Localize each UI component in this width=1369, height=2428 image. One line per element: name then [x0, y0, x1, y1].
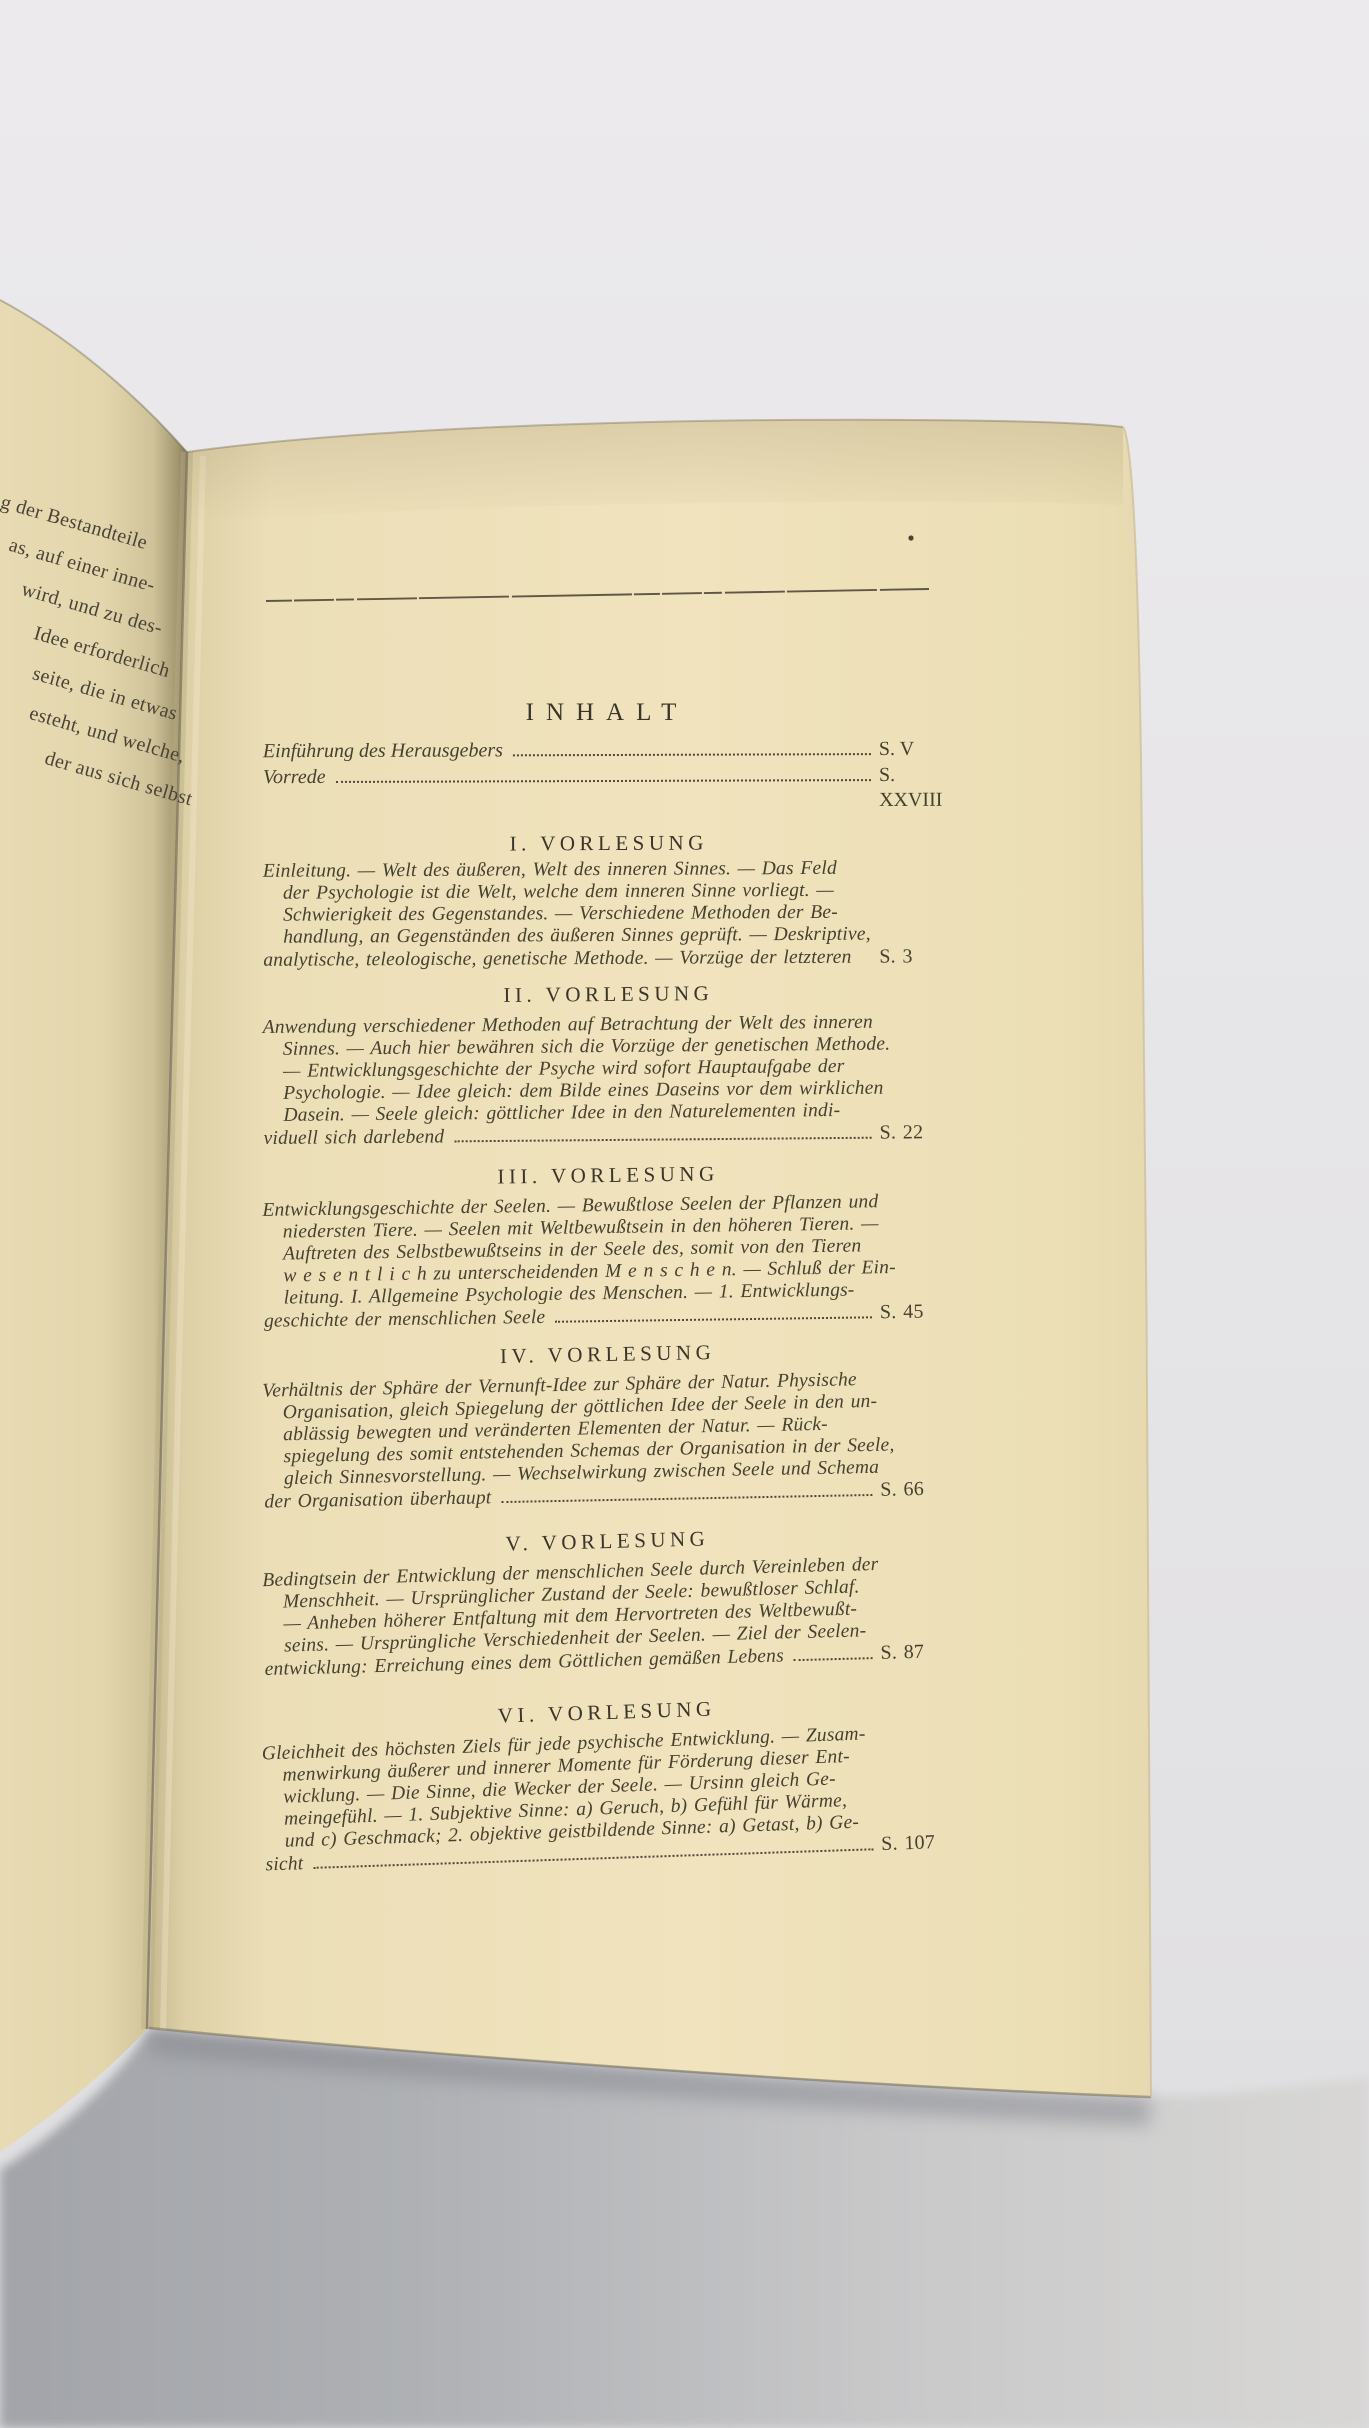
- toc-entry-page: S. V: [879, 737, 955, 763]
- dot-leader: [555, 1316, 872, 1322]
- section-vorlesung-4: IV. VORLESUNG Verhältnis der Sphäre der …: [261, 1335, 956, 1513]
- page-title: INHALT: [263, 698, 955, 728]
- section-heading: III. VORLESUNG: [262, 1158, 954, 1192]
- toc-line-with-page: analytische, teleologische, genetische M…: [263, 945, 955, 972]
- toc-entry-page: S. XXVIII: [879, 762, 955, 813]
- section-heading: IV. VORLESUNG: [261, 1335, 953, 1372]
- toc-entry-page: S. 22: [880, 1120, 956, 1143]
- toc-entry-page: S. 66: [880, 1477, 956, 1500]
- section-vorlesung-5: V. VORLESUNG Bedingtsein der Entwicklung…: [261, 1519, 957, 1680]
- section-heading: I. VORLESUNG: [263, 829, 955, 857]
- toc-line-text: geschichte der menschlichen Seele: [264, 1306, 546, 1332]
- toc-entry-page: S. 45: [880, 1300, 956, 1323]
- table-of-contents: INHALT Einführung des Herausgebers S. V …: [263, 698, 955, 1865]
- toc-entry-label: Vorrede: [263, 764, 326, 790]
- toc-entry-page: S. 107: [881, 1830, 958, 1855]
- dot-leader: [501, 1493, 872, 1502]
- toc-line-text: der Organisation überhaupt: [264, 1487, 491, 1513]
- toc-line: Einleitung. — Welt des äußeren, Welt des…: [263, 857, 955, 883]
- ink-speck: [908, 535, 913, 540]
- toc-entry: Einführung des Herausgebers S. V: [263, 737, 955, 765]
- section-vorlesung-6: VI. VORLESUNG Gleichheit des höchsten Zi…: [260, 1688, 957, 1876]
- toc-entry-label: Einführung des Herausgebers: [263, 738, 503, 764]
- toc-entry-page: S. 87: [880, 1639, 957, 1663]
- section-heading: II. VORLESUNG: [262, 978, 954, 1008]
- dot-leader: [513, 753, 871, 756]
- left-page-text-fragments: g der Bestandteile as, auf einer inne- w…: [0, 470, 152, 788]
- dot-leader: [336, 779, 871, 783]
- dot-leader: [794, 1657, 873, 1661]
- book-photo: g der Bestandteile as, auf einer inne- w…: [0, 0, 1369, 2428]
- toc-entry-page: S. 3: [879, 945, 955, 967]
- toc-line: der Psychologie ist die Welt, welche dem…: [263, 879, 955, 905]
- toc-line: handlung, an Gegenständen des äußeren Si…: [263, 923, 955, 949]
- section-vorlesung-2: II. VORLESUNG Anwendung verschiedener Me…: [262, 978, 955, 1149]
- toc-line-text: analytische, teleologische, genetische M…: [263, 946, 851, 971]
- frontmatter: Einführung des Herausgebers S. V Vorrede…: [263, 737, 955, 816]
- section-vorlesung-3: III. VORLESUNG Entwicklungsgeschichte de…: [262, 1158, 956, 1333]
- section-vorlesung-1: I. VORLESUNG Einleitung. — Welt des äuße…: [263, 829, 956, 972]
- toc-line-text: viduell sich darlebend: [264, 1126, 445, 1150]
- toc-entry: Vorrede S. XXVIII: [263, 762, 955, 815]
- dot-leader: [454, 1136, 871, 1142]
- toc-line: Schwierigkeit des Gegenstandes. — Versch…: [263, 901, 955, 927]
- toc-line-text: sicht: [265, 1853, 304, 1876]
